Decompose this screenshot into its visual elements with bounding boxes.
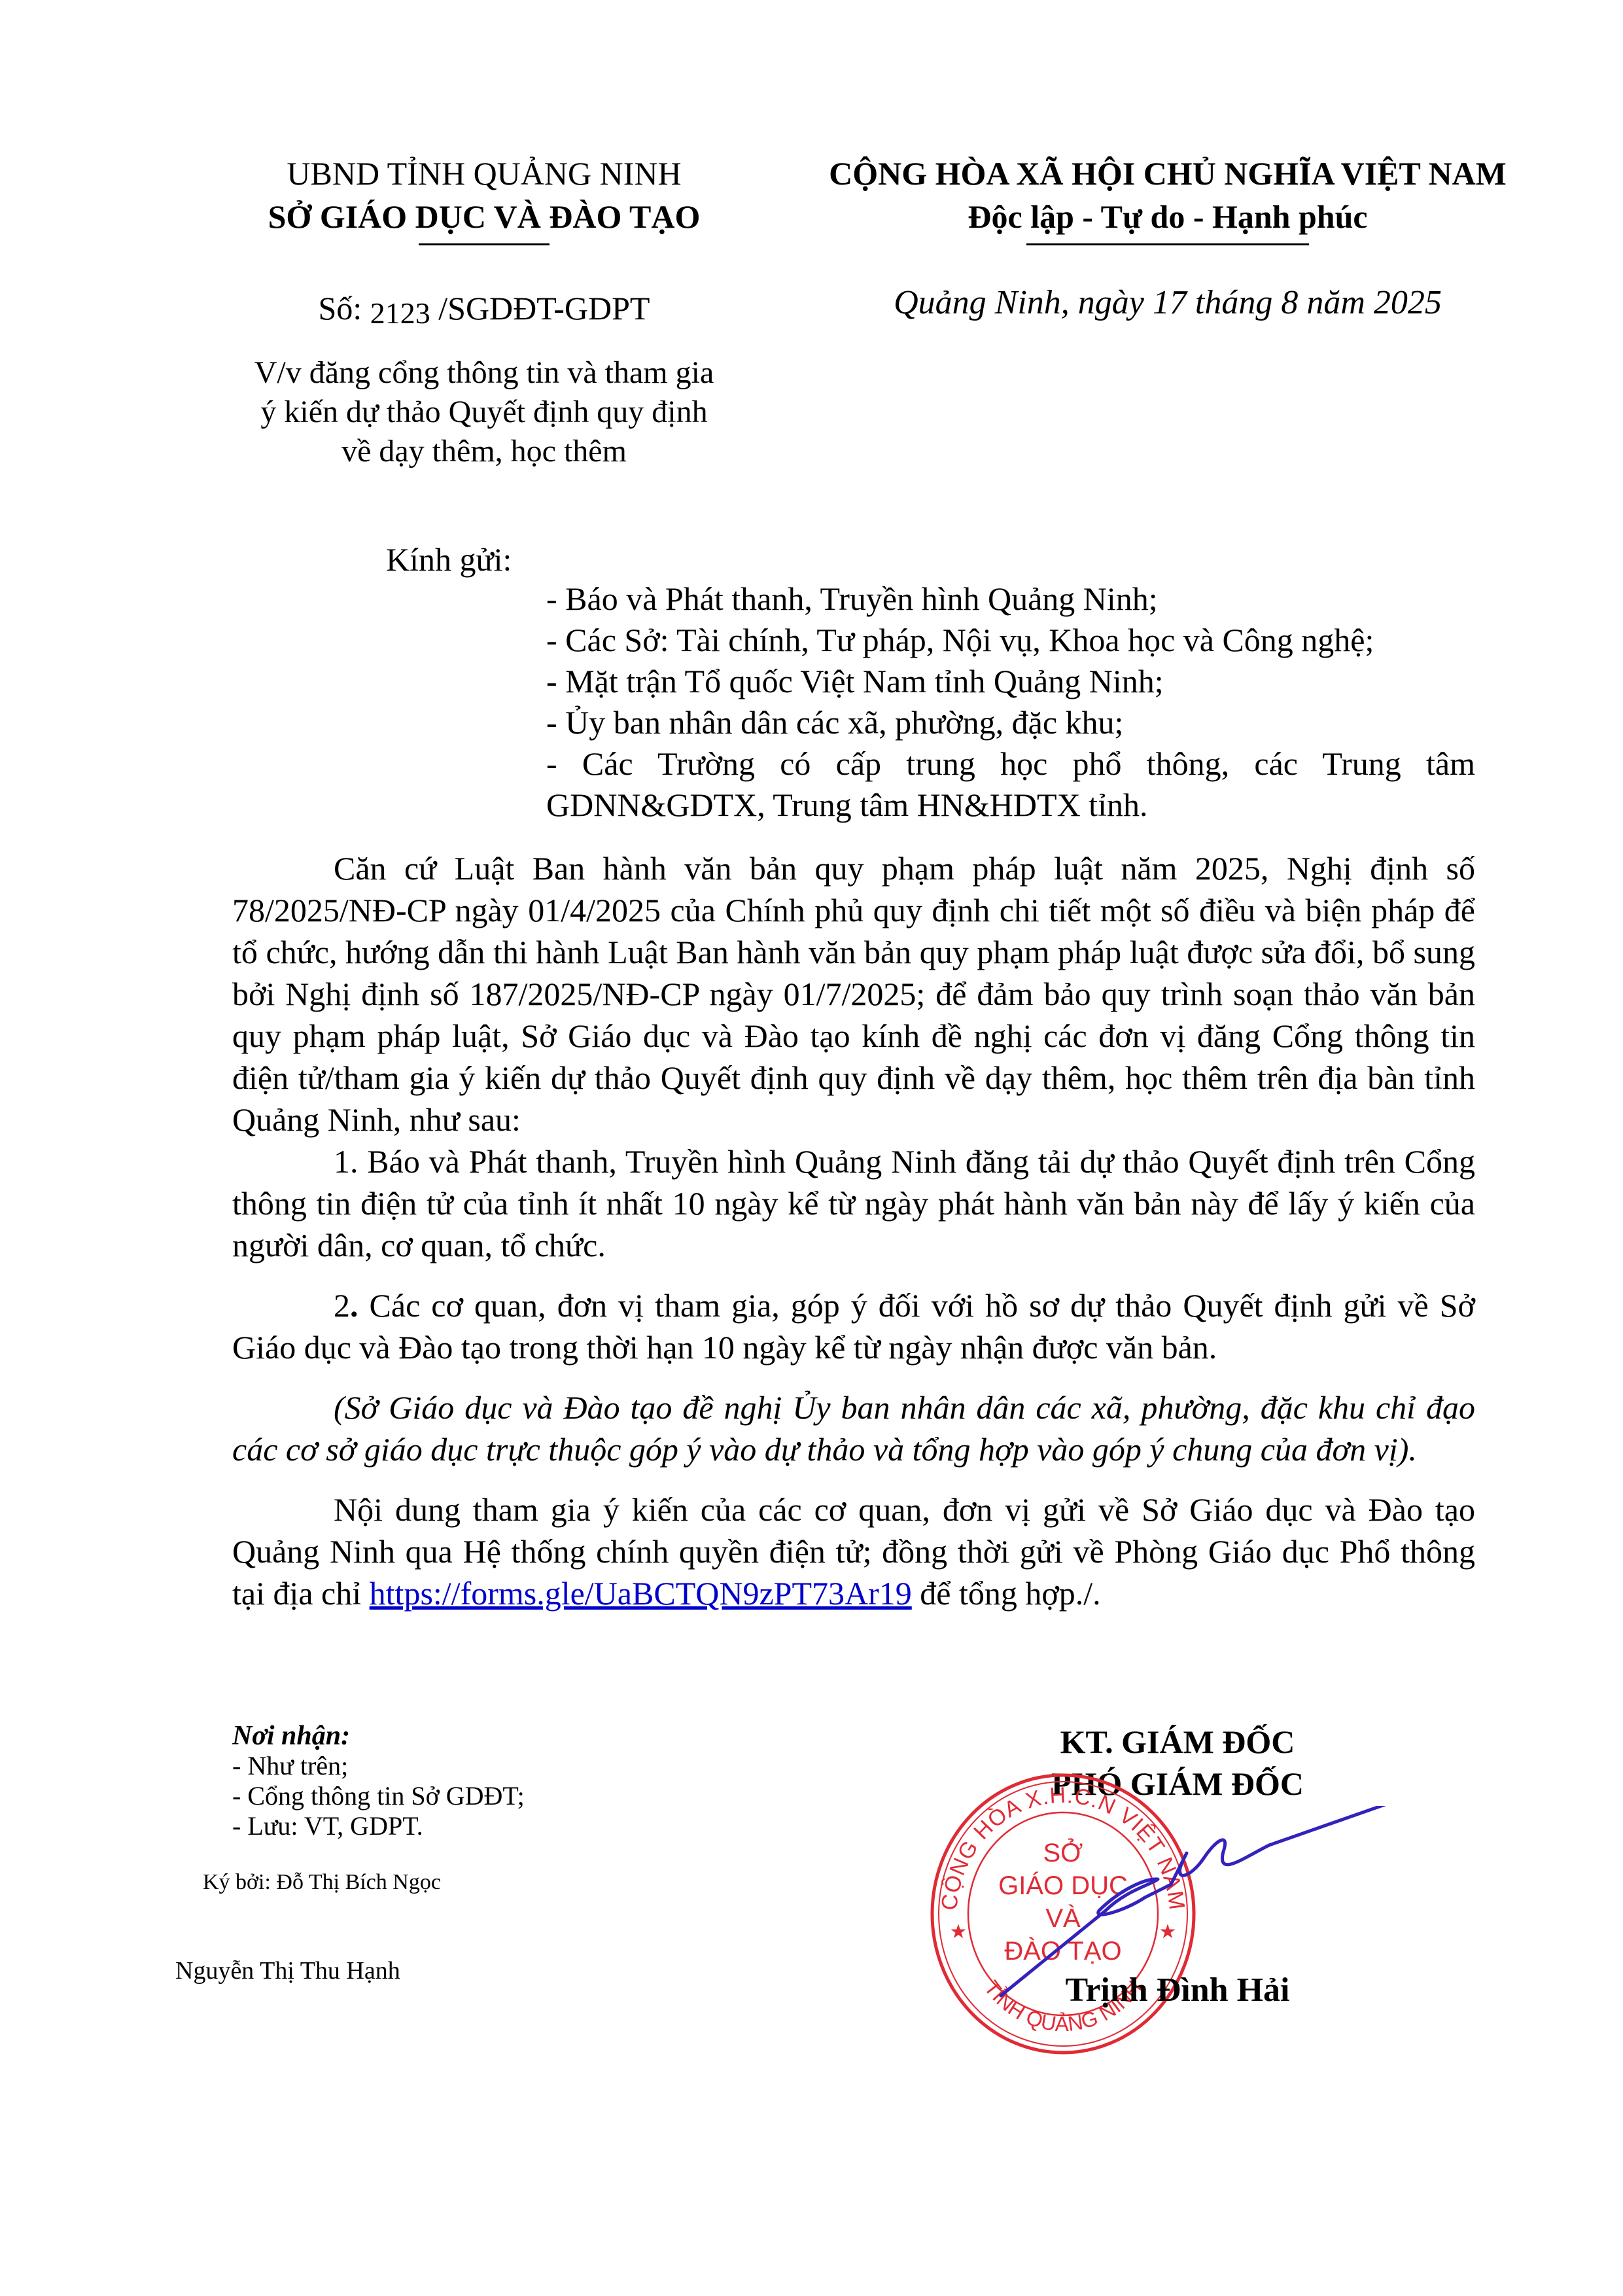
- svg-text:★: ★: [950, 1920, 968, 1943]
- recipient-item: - Mặt trận Tổ quốc Việt Nam tỉnh Quảng N…: [546, 661, 1475, 702]
- recipients-list: - Báo và Phát thanh, Truyền hình Quảng N…: [546, 578, 1475, 826]
- motto: Độc lập - Tự do - Hạnh phúc: [788, 195, 1547, 238]
- recipient-item: - Báo và Phát thanh, Truyền hình Quảng N…: [546, 578, 1475, 620]
- point-2-text: Các cơ quan, đơn vị tham gia, góp ý đối …: [232, 1287, 1475, 1366]
- country-name: CỘNG HÒA XÃ HỘI CHỦ NGHĨA VIỆT NAM: [788, 152, 1547, 195]
- motto-underline: [1026, 243, 1309, 245]
- place-date-line: Quảng Ninh, ngày 17 tháng 8 năm 2025: [788, 281, 1547, 325]
- subject-line: ý kiến dự thảo Quyết định quy định: [209, 393, 759, 432]
- recipients-label: Kính gửi:: [386, 538, 512, 581]
- point-2-dot: .: [350, 1287, 358, 1324]
- distribution-list: Nơi nhận: - Như trên; - Cổng thông tin S…: [232, 1721, 525, 1841]
- document-subject: V/v đăng cổng thông tin và tham gia ý ki…: [209, 353, 759, 471]
- issuing-authority-header: UBND TỈNH QUẢNG NINH SỞ GIÁO DỤC VÀ ĐÀO …: [242, 152, 726, 245]
- doc-number-value: 2123: [370, 296, 430, 330]
- drafter-name: Nguyễn Thị Thu Hạnh: [175, 1956, 400, 1985]
- signatory-line-1: KT. GIÁM ĐỐC: [1014, 1721, 1341, 1763]
- province-committee: UBND TỈNH QUẢNG NINH: [242, 152, 726, 195]
- distribution-item: - Cổng thông tin Sở GDĐT;: [232, 1781, 525, 1811]
- letter-body: Căn cứ Luật Ban hành văn bản quy phạm ph…: [232, 847, 1475, 1614]
- national-motto-header: CỘNG HÒA XÃ HỘI CHỦ NGHĨA VIỆT NAM Độc l…: [788, 152, 1547, 245]
- closing-text-end: để tổng hợp./.: [912, 1575, 1101, 1612]
- doc-number-prefix: Số:: [319, 290, 370, 327]
- recipient-item: - Các Trường có cấp trung học phổ thông,…: [546, 743, 1475, 826]
- signed-by-note: Ký bởi: Đỗ Thị Bích Ngọc: [203, 1870, 441, 1895]
- point-2-paragraph: 2. Các cơ quan, đơn vị tham gia, góp ý đ…: [232, 1284, 1475, 1368]
- feedback-form-link[interactable]: https://forms.gle/UaBCTQN9zPT73Ar19: [370, 1575, 912, 1612]
- point-1-paragraph: 1. Báo và Phát thanh, Truyền hình Quảng …: [232, 1140, 1475, 1266]
- closing-paragraph: Nội dung tham gia ý kiến của các cơ quan…: [232, 1489, 1475, 1614]
- recipient-item: - Các Sở: Tài chính, Tư pháp, Nội vụ, Kh…: [546, 620, 1475, 661]
- distribution-item: - Lưu: VT, GDPT.: [232, 1811, 525, 1841]
- document-number: Số: 2123 /SGDĐT-GDPT: [242, 287, 726, 331]
- header-underline: [419, 243, 550, 245]
- recipient-item: - Ủy ban nhân dân các xã, phường, đặc kh…: [546, 702, 1475, 743]
- signer-name: Trịnh Đình Hải: [1007, 1971, 1348, 2009]
- note-paragraph: (Sở Giáo dục và Đào tạo đề nghị Ủy ban n…: [232, 1386, 1475, 1470]
- department-name: SỞ GIÁO DỤC VÀ ĐÀO TẠO: [242, 195, 726, 238]
- doc-number-suffix: /SGDĐT-GDPT: [430, 290, 650, 327]
- distribution-item: - Như trên;: [232, 1751, 525, 1781]
- point-2-number: 2: [334, 1287, 350, 1324]
- subject-line: V/v đăng cổng thông tin và tham gia: [209, 353, 759, 393]
- intro-paragraph: Căn cứ Luật Ban hành văn bản quy phạm ph…: [232, 847, 1475, 1140]
- distribution-title: Nơi nhận:: [232, 1721, 525, 1751]
- subject-line: về dạy thêm, học thêm: [209, 432, 759, 471]
